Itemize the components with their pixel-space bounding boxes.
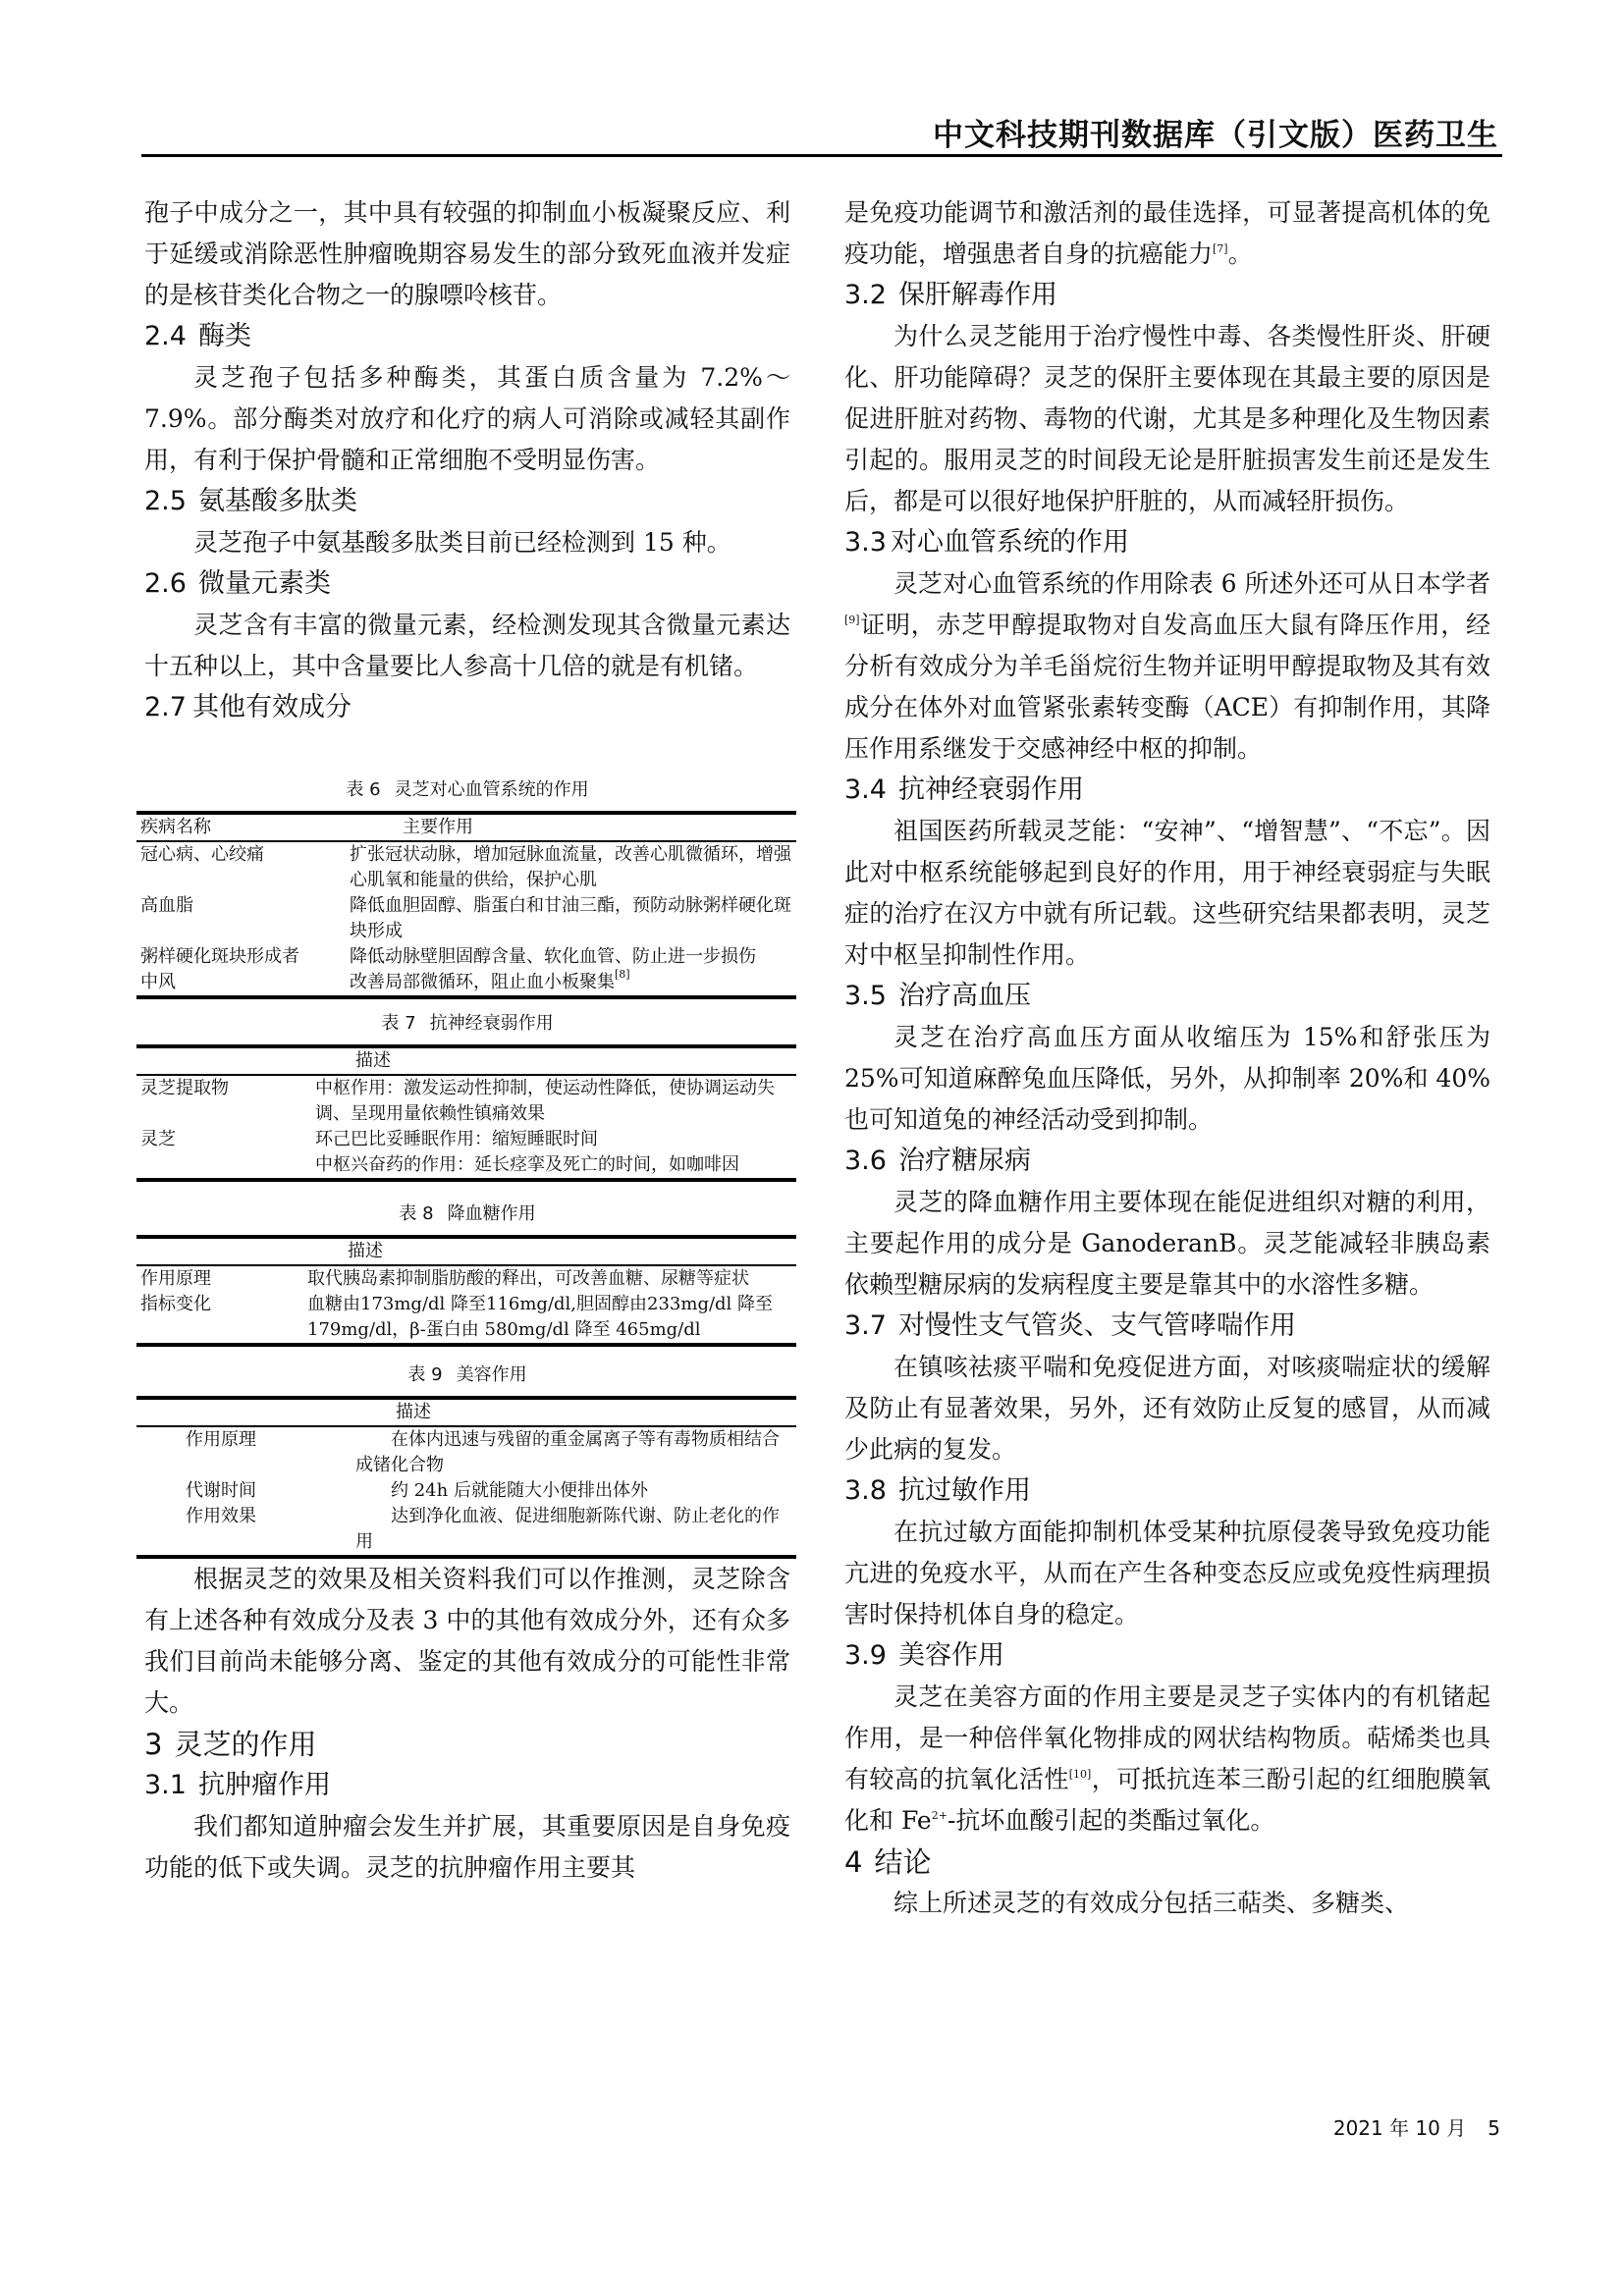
- table-header: 描述: [303, 1237, 796, 1265]
- section-heading-2-6: 2.6微量元素类: [144, 563, 790, 605]
- section-title: 对慢性支气管炎、支气管哮喘作用: [898, 1310, 1296, 1341]
- section-title: 灵芝的作用: [174, 1728, 316, 1761]
- table-row: 灵芝 环己巴比妥睡眠作用：缩短睡眠时间: [136, 1127, 796, 1152]
- table-header-empty: [136, 1398, 352, 1426]
- table-9: 描述 作用原理 在体内迅速与残留的重金属离子等有毒物质相结合成锗化合物 代谢时间…: [136, 1396, 796, 1559]
- table-cell: 作用原理: [136, 1265, 303, 1292]
- table-cell: 代谢时间: [136, 1478, 352, 1504]
- section-heading-2-5: 2.5氨基酸多肽类: [144, 481, 790, 522]
- table-header: 描述: [311, 1046, 796, 1075]
- section-number: 2.5: [144, 486, 187, 516]
- section-number: 3.7: [844, 1310, 887, 1341]
- section-title: 对心血管系统的作用: [891, 527, 1129, 558]
- table-cell: 取代胰岛素抑制脂肪酸的释出，可改善血糖、尿糖等症状: [303, 1265, 796, 1292]
- table-cell: 降低血胆固醇、脂蛋白和甘油三酯，预防动脉粥样硬化斑块形成: [346, 893, 796, 944]
- table-header-empty: [136, 1237, 303, 1265]
- table-row: 代谢时间 约 24h 后就能随大小便排出体外: [136, 1478, 796, 1504]
- left-column: 孢子中成分之一，其中具有较强的抑制血小板凝聚反应、利于延缓或消除恶性肿瘤晚期容易…: [144, 192, 790, 1889]
- table-label: 表 7: [381, 1013, 415, 1034]
- table-cell: [136, 1152, 311, 1180]
- paragraph: 灵芝含有丰富的微量元素，经检测发现其含微量元素达十五种以上，其中含量要比人参高十…: [144, 605, 790, 687]
- paragraph: 是免疫功能调节和激活剂的最佳选择，可显著提高机体的免疫功能，增强患者自身的抗癌能…: [844, 192, 1490, 275]
- citation: [9]: [844, 614, 860, 626]
- section-title: 微量元素类: [198, 568, 331, 599]
- section-heading-3-6: 3.6治疗糖尿病: [844, 1141, 1490, 1182]
- section-title: 氨基酸多肽类: [198, 486, 357, 516]
- table-cell: 约 24h 后就能随大小便排出体外: [352, 1478, 796, 1504]
- table-label: 表 8: [399, 1203, 433, 1224]
- table-9-caption: 表 9美容作用: [144, 1362, 790, 1388]
- section-heading-2-4: 2.4酶类: [144, 316, 790, 357]
- text: 灵芝对心血管系统的作用除表 6 所述外还可从日本学者: [893, 569, 1490, 598]
- table-cell: 达到净化血液、促进细胞新陈代谢、防止老化的作用: [352, 1504, 796, 1557]
- page-footer: 2021 年 10 月5: [1333, 2112, 1500, 2141]
- section-number: 4: [844, 1845, 862, 1879]
- section-number: 3.1: [144, 1770, 187, 1800]
- table-8-caption: 表 8降血糖作用: [144, 1201, 790, 1227]
- citation: [8]: [615, 968, 630, 981]
- paragraph: 灵芝孢子包括多种酶类，其蛋白质含量为 7.2%～7.9%。部分酶类对放疗和化疗的…: [144, 357, 790, 481]
- table-title: 美容作用: [457, 1364, 527, 1385]
- section-heading-3-3: 3.3对心血管系统的作用: [844, 522, 1490, 563]
- table-title: 降血糖作用: [448, 1203, 536, 1224]
- table-header: 描述: [352, 1398, 796, 1426]
- section-heading-3: 3灵芝的作用: [144, 1724, 790, 1765]
- section-number: 3.4: [844, 774, 887, 805]
- table-cell: 作用效果: [136, 1504, 352, 1557]
- table-row: 中风 改善局部微循环，阻止血小板聚集[8]: [136, 970, 796, 997]
- section-number: 2.7: [144, 692, 187, 722]
- section-title: 抗神经衰弱作用: [898, 774, 1084, 805]
- section-heading-3-7: 3.7对慢性支气管炎、支气管哮喘作用: [844, 1306, 1490, 1347]
- section-title: 美容作用: [898, 1640, 1004, 1671]
- table-6-caption: 表 6灵芝对心血管系统的作用: [144, 777, 790, 803]
- table-cell: 中枢兴奋药的作用：延长痉挛及死亡的时间，如咖啡因: [311, 1152, 796, 1180]
- table-cell: 作用原理: [136, 1426, 352, 1478]
- table-cell: 降低动脉壁胆固醇含量、软化血管、防止进一步损伤: [346, 944, 796, 970]
- page-number: 5: [1488, 2116, 1500, 2140]
- paragraph: 综上所述灵芝的有效成分包括三萜类、多糖类、: [844, 1883, 1490, 1924]
- section-title: 抗肿瘤作用: [198, 1770, 331, 1800]
- table-title: 灵芝对心血管系统的作用: [395, 779, 589, 800]
- section-number: 2.6: [144, 568, 187, 599]
- table-cell: 灵芝提取物: [136, 1075, 311, 1127]
- table-cell: 冠心病、心绞痛: [136, 841, 346, 893]
- table-7-caption: 表 7抗神经衰弱作用: [144, 1011, 790, 1037]
- section-number: 3.3: [844, 527, 887, 558]
- table-title: 抗神经衰弱作用: [430, 1013, 554, 1034]
- table-cell: 环己巴比妥睡眠作用：缩短睡眠时间: [311, 1127, 796, 1152]
- section-title: 其他有效成分: [192, 692, 352, 722]
- paragraph: 祖国医药所载灵芝能：“安神”、“增智慧”、“不忘”。因此对中枢系统能够起到良好的…: [844, 811, 1490, 976]
- text: 证明，赤芝甲醇提取物对自发高血压大鼠有降压作用，经分析有效成分为羊毛甾烷衍生物并…: [844, 611, 1490, 763]
- section-number: 3.2: [844, 280, 887, 310]
- table-cell: 灵芝: [136, 1127, 311, 1152]
- paragraph: 我们都知道肿瘤会发生并扩展，其重要原因是自身免疫功能的低下或失调。灵芝的抗肿瘤作…: [144, 1806, 790, 1889]
- paragraph: 在抗过敏方面能抑制机体受某种抗原侵袭导致免疫功能亢进的免疫水平，从而在产生各种变…: [844, 1512, 1490, 1635]
- cell-text: 改善局部微循环，阻止血小板聚集: [350, 972, 615, 992]
- section-heading-3-1: 3.1抗肿瘤作用: [144, 1765, 790, 1806]
- section-title: 治疗高血压: [898, 981, 1031, 1011]
- section-number: 3.5: [844, 981, 887, 1011]
- paragraph: 灵芝在治疗高血压方面从收缩压为 15%和舒张压为 25%可知道麻醉兔血压降低，另…: [844, 1017, 1490, 1141]
- table-row: 指标变化 血糖由173mg/dl 降至116mg/dl,胆固醇由233mg/dl…: [136, 1292, 796, 1345]
- paragraph: 灵芝孢子中氨基酸多肽类目前已经检测到 15 种。: [144, 522, 790, 563]
- issue-date: 2021 年 10 月: [1333, 2116, 1466, 2140]
- table-header: 主要作用: [346, 813, 796, 841]
- section-number: 3.9: [844, 1640, 887, 1671]
- table-cell: 血糖由173mg/dl 降至116mg/dl,胆固醇由233mg/dl 降至 1…: [303, 1292, 796, 1345]
- paragraph: 孢子中成分之一，其中具有较强的抑制血小板凝聚反应、利于延缓或消除恶性肿瘤晚期容易…: [144, 192, 790, 316]
- table-label: 表 9: [407, 1364, 442, 1385]
- table-7: 描述 灵芝提取物 中枢作用：激发运动性抑制，使运动性降低，使协调运动失调、呈现用…: [136, 1044, 796, 1182]
- table-cell: 扩张冠状动脉，增加冠脉血流量，改善心肌微循环，增强心肌氧和能量的供给，保护心肌: [346, 841, 796, 893]
- table-header: 疾病名称: [136, 813, 346, 841]
- table-8: 描述 作用原理 取代胰岛素抑制脂肪酸的释出，可改善血糖、尿糖等症状 指标变化 血…: [136, 1235, 796, 1347]
- paragraph: 灵芝在美容方面的作用主要是灵芝子实体内的有机锗起作用，是一种倍伴氧化物排成的网状…: [844, 1677, 1490, 1842]
- section-heading-4: 4结论: [844, 1842, 1490, 1883]
- section-heading-3-2: 3.2保肝解毒作用: [844, 275, 1490, 316]
- section-title: 治疗糖尿病: [898, 1146, 1031, 1176]
- table-cell: 粥样硬化斑块形成者: [136, 944, 346, 970]
- paragraph: 在镇咳祛痰平喘和免疫促进方面，对咳痰喘症状的缓解及防止有显著效果，另外，还有效防…: [844, 1347, 1490, 1470]
- paragraph: 灵芝对心血管系统的作用除表 6 所述外还可从日本学者[9]证明，赤芝甲醇提取物对…: [844, 563, 1490, 770]
- paragraph: 根据灵芝的效果及相关资料我们可以作推测，灵芝除含有上述各种有效成分及表 3 中的…: [144, 1559, 790, 1724]
- table-row: 作用原理 取代胰岛素抑制脂肪酸的释出，可改善血糖、尿糖等症状: [136, 1265, 796, 1292]
- section-heading-3-8: 3.8抗过敏作用: [844, 1470, 1490, 1512]
- right-column: 是免疫功能调节和激活剂的最佳选择，可显著提高机体的免疫功能，增强患者自身的抗癌能…: [844, 192, 1490, 1924]
- table-cell: 改善局部微循环，阻止血小板聚集[8]: [346, 970, 796, 997]
- section-number: 3: [144, 1728, 162, 1761]
- table-cell: 中风: [136, 970, 346, 997]
- text: 。: [1228, 240, 1253, 268]
- section-heading-2-7: 2.7其他有效成分: [144, 687, 790, 728]
- header-rule: [141, 154, 1502, 157]
- table-row: 作用原理 在体内迅速与残留的重金属离子等有毒物质相结合成锗化合物: [136, 1426, 796, 1478]
- table-cell: 指标变化: [136, 1292, 303, 1345]
- superscript-charge: 2+: [932, 1809, 947, 1822]
- section-heading-3-5: 3.5治疗高血压: [844, 976, 1490, 1017]
- citation: [7]: [1213, 242, 1228, 255]
- section-heading-3-4: 3.4抗神经衰弱作用: [844, 770, 1490, 811]
- table-row: 中枢兴奋药的作用：延长痉挛及死亡的时间，如咖啡因: [136, 1152, 796, 1180]
- section-title: 保肝解毒作用: [898, 280, 1057, 310]
- table-row: 冠心病、心绞痛 扩张冠状动脉，增加冠脉血流量，改善心肌微循环，增强心肌氧和能量的…: [136, 841, 796, 893]
- table-cell: 在体内迅速与残留的重金属离子等有毒物质相结合成锗化合物: [352, 1426, 796, 1478]
- section-number: 3.8: [844, 1475, 887, 1506]
- section-title: 抗过敏作用: [898, 1475, 1031, 1506]
- citation: [10]: [1069, 1768, 1092, 1781]
- table-cell: 中枢作用：激发运动性抑制，使运动性降低，使协调运动失调、呈现用量依赖性镇痛效果: [311, 1075, 796, 1127]
- table-row: 作用效果 达到净化血液、促进细胞新陈代谢、防止老化的作用: [136, 1504, 796, 1557]
- text: 是免疫功能调节和激活剂的最佳选择，可显著提高机体的免疫功能，增强患者自身的抗癌能…: [844, 198, 1490, 268]
- journal-title: 中文科技期刊数据库（引文版）医药卫生: [933, 110, 1498, 154]
- section-heading-3-9: 3.9美容作用: [844, 1635, 1490, 1677]
- table-cell: 高血脂: [136, 893, 346, 944]
- section-number: 3.6: [844, 1146, 887, 1176]
- section-title: 酶类: [198, 321, 251, 351]
- table-6: 疾病名称 主要作用 冠心病、心绞痛 扩张冠状动脉，增加冠脉血流量，改善心肌微循环…: [136, 811, 796, 999]
- table-row: 粥样硬化斑块形成者 降低动脉壁胆固醇含量、软化血管、防止进一步损伤: [136, 944, 796, 970]
- section-title: 结论: [874, 1845, 931, 1879]
- section-number: 2.4: [144, 321, 187, 351]
- table-header-empty: [136, 1046, 311, 1075]
- table-row: 灵芝提取物 中枢作用：激发运动性抑制，使运动性降低，使协调运动失调、呈现用量依赖…: [136, 1075, 796, 1127]
- table-label: 表 6: [346, 779, 380, 800]
- text: -抗坏血酸引起的类酯过氧化。: [947, 1806, 1274, 1835]
- paragraph: 为什么灵芝能用于治疗慢性中毒、各类慢性肝炎、肝硬化、肝功能障碍？灵芝的保肝主要体…: [844, 316, 1490, 522]
- paragraph: 灵芝的降血糖作用主要体现在能促进组织对糖的利用，主要起作用的成分是 Ganode…: [844, 1182, 1490, 1306]
- table-row: 高血脂 降低血胆固醇、脂蛋白和甘油三酯，预防动脉粥样硬化斑块形成: [136, 893, 796, 944]
